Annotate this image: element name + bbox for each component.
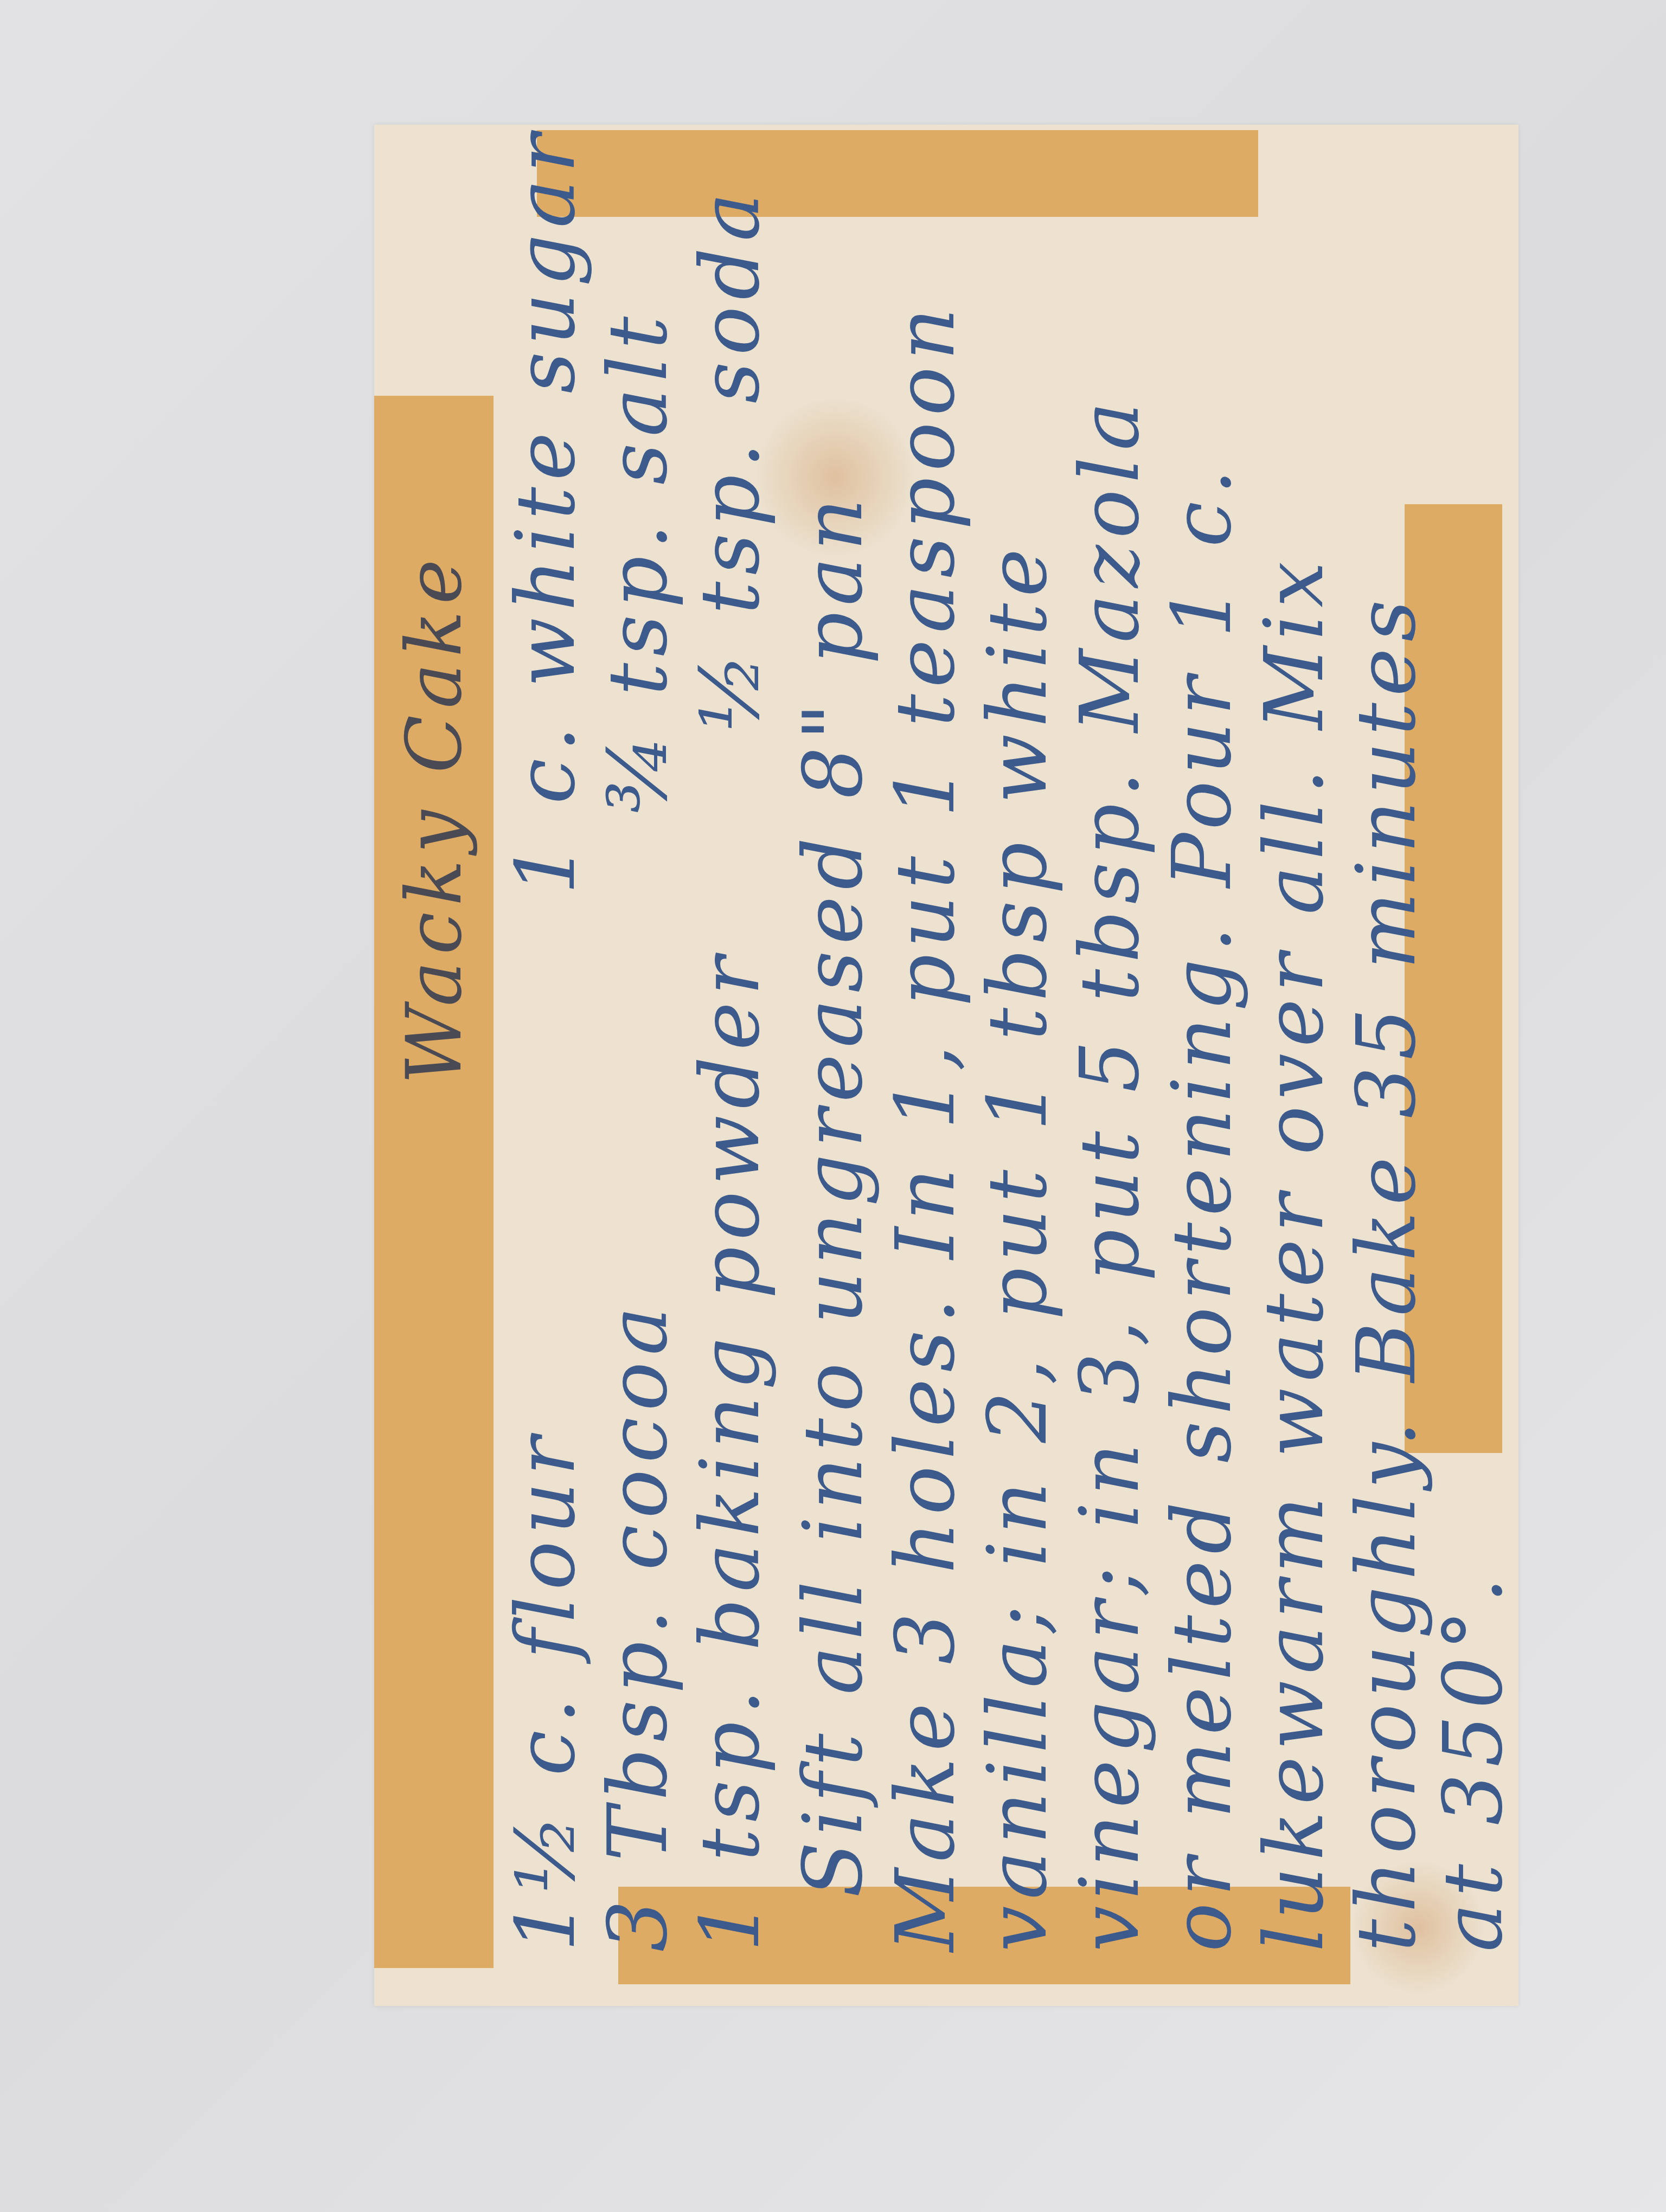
card-text: Wacky Cake 1½ c. flour 3 Tbsp. cocoa 1 t… (374, 125, 1518, 2006)
direction-line: vinegar; in 3, put 5 tbsp. Mazola (1063, 395, 1157, 1952)
direction-line: Make 3 holes. In 1, put 1 teaspoon (879, 301, 973, 1952)
ingredient: ¾ tsp. salt (591, 310, 685, 813)
ingredient: 3 Tbsp. cocoa (591, 1300, 685, 1952)
direction-line: thoroughly. Bake 35 minutes (1340, 593, 1434, 1952)
ingredient: 1 tsp. baking powder (683, 950, 778, 1952)
direction-line: lukewarm water over all. Mix (1247, 555, 1342, 1952)
direction-line: vanilla; in 2, put 1 tbsp white (971, 542, 1065, 1952)
recipe-card: Wacky Cake 1½ c. flour 3 Tbsp. cocoa 1 t… (374, 125, 1518, 2006)
direction-line: at 350°. (1426, 1571, 1521, 1952)
ingredient: ½ tsp. soda (683, 187, 778, 732)
ingredient: 1½ c. flour (499, 1430, 593, 1952)
ingredient: 1 c. white sugar (499, 127, 593, 895)
direction-line: or melted shortening. Pour 1 c. (1155, 462, 1249, 1952)
direction-line: Sift all into ungreased 8" pan (786, 492, 881, 1898)
recipe-title: Wacky Cake (390, 553, 479, 1084)
